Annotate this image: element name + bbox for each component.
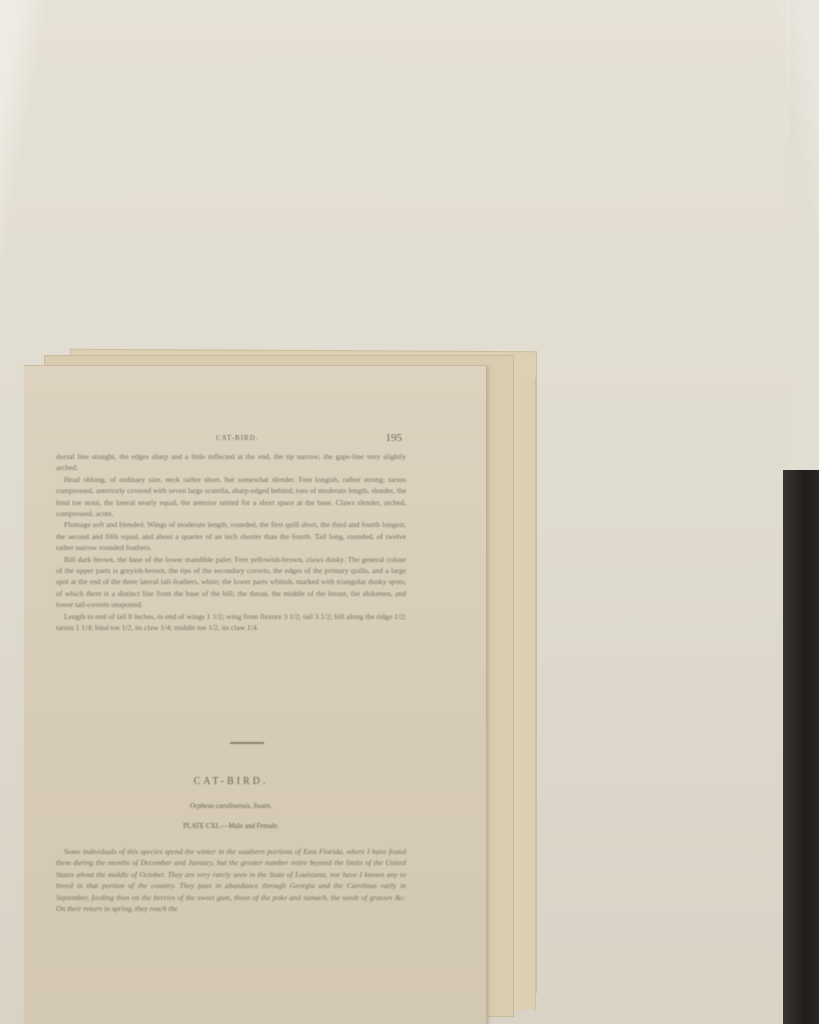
section-latin-name: Orpheus carolinensis, Swain.	[56, 802, 406, 810]
paragraph: Bill dark brown, the base of the lower m…	[56, 554, 406, 611]
paragraph: Some individuals of this species spend t…	[56, 846, 406, 914]
section-text: Some individuals of this species spend t…	[56, 846, 406, 914]
paragraph: dorsal line straight, the edges sharp an…	[56, 451, 406, 474]
page-number: 195	[386, 432, 403, 444]
running-head-title: CAT-BIRD.	[216, 434, 258, 442]
section-title: CAT-BIRD.	[56, 776, 406, 787]
paragraph: Length to end of tail 8 inches, to end o…	[56, 611, 406, 634]
section-plate: PLATE CXL.—Male and Female.	[56, 822, 406, 830]
background-dark-edge	[783, 470, 819, 1024]
paragraph: Plumage soft and blended. Wings of moder…	[56, 519, 406, 553]
running-head: CAT-BIRD. 195	[56, 432, 406, 446]
paragraph: Head oblong, of ordinary size, neck rath…	[56, 474, 406, 520]
description-text: dorsal line straight, the edges sharp an…	[56, 451, 406, 634]
section-divider	[230, 742, 264, 744]
